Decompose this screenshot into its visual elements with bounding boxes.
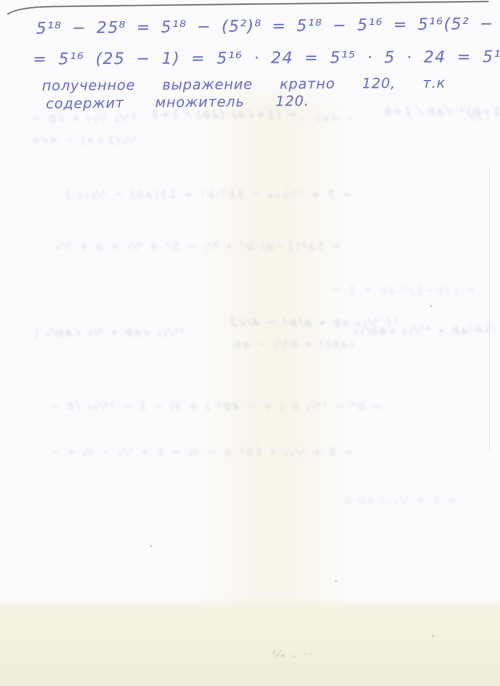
ghost-bleedthrough-line: = 5 + ¹⁄₄₀ ∙ 5b² + − ⅛ = 5 + ⁵⁄₂ − ¼ + − (48, 446, 353, 459)
ghost-bleedthrough-line: = 5a³(1−a)·b² ∙ ⁴⁄₇ − 5² + ⁴⁄₅ + a + ³⁄₄ (55, 240, 341, 253)
scanned-handwritten-page: 5¹⁸ − 25⁸ = 5¹⁸ − (5²)⁸ = 5¹⁸ − 5¹⁶ = 5¹… (0, 0, 500, 686)
dust-speck (430, 305, 432, 307)
ghost-bleedthrough-line: ¹⁵⁄₁₂ √ab ∙ ⁴⁄₃ √ab⁄₂ | (33, 326, 185, 339)
ghost-bleedthrough-line: = 5 + ¹³⁄₃₊₄ − 5b²·b¹ + 13(ab) − ³⁄₁₄₀ } (62, 188, 351, 201)
ghost-bleedthrough-line: ¹⁵⁄₄ ⁷⁄₂₇ ∙ √b − (30, 112, 136, 125)
ghost-bleedthrough-line: − 4ab − (295, 112, 355, 125)
dust-speck (150, 545, 152, 547)
bottom-faint-marks: ¹⁄ₐ ‥ ·· (272, 650, 314, 660)
ghost-bleedthrough-line: = √(b−1)²·ab + 1 = (330, 284, 475, 297)
ghost-bleedthrough-line: = b + ⁴⁄₄₂₅ ab·b (342, 494, 457, 507)
ghost-bleedthrough-line: (1) (468, 110, 490, 123)
handwritten-math-line-1: 5¹⁸ − 25⁸ = 5¹⁸ − (5²)⁸ = 5¹⁸ − 5¹⁶ = 5¹… (36, 13, 500, 37)
scanner-light-band (200, 92, 345, 612)
ghost-bleedthrough-line: ³⁄₅(1+x) − 4√b (30, 134, 137, 147)
dust-speck (335, 580, 337, 582)
dust-speck (432, 635, 434, 637)
ghost-bleedthrough-line: (ab)² ∙ b⁴⁄₂ − ab (232, 338, 354, 351)
ghost-bleedthrough-line: − ab ∙ ⁴⁵⁄₁₂ √ab⁄₁₂ (352, 324, 485, 337)
handwritten-conclusion-line-1: полученное выражение кратно 120, т.к (42, 76, 446, 95)
paper-right-edge (489, 168, 490, 450)
ghost-bleedthrough-line: (16) (466, 322, 497, 335)
handwritten-math-line-2: = 5¹⁶ (25 − 1) = 5¹⁶ · 24 = 5¹⁵ · 5 · 24… (33, 47, 500, 69)
ghost-bleedthrough-line: ≈ (1+√a)·(2b) ⁄ 1+3 (150, 108, 297, 121)
ghost-bleedthrough-line: = b⁴ − ¹⁴⁄₂ b | + − 4b² ) + ½ − 1 − ¹⁴⁄₄… (48, 400, 381, 413)
